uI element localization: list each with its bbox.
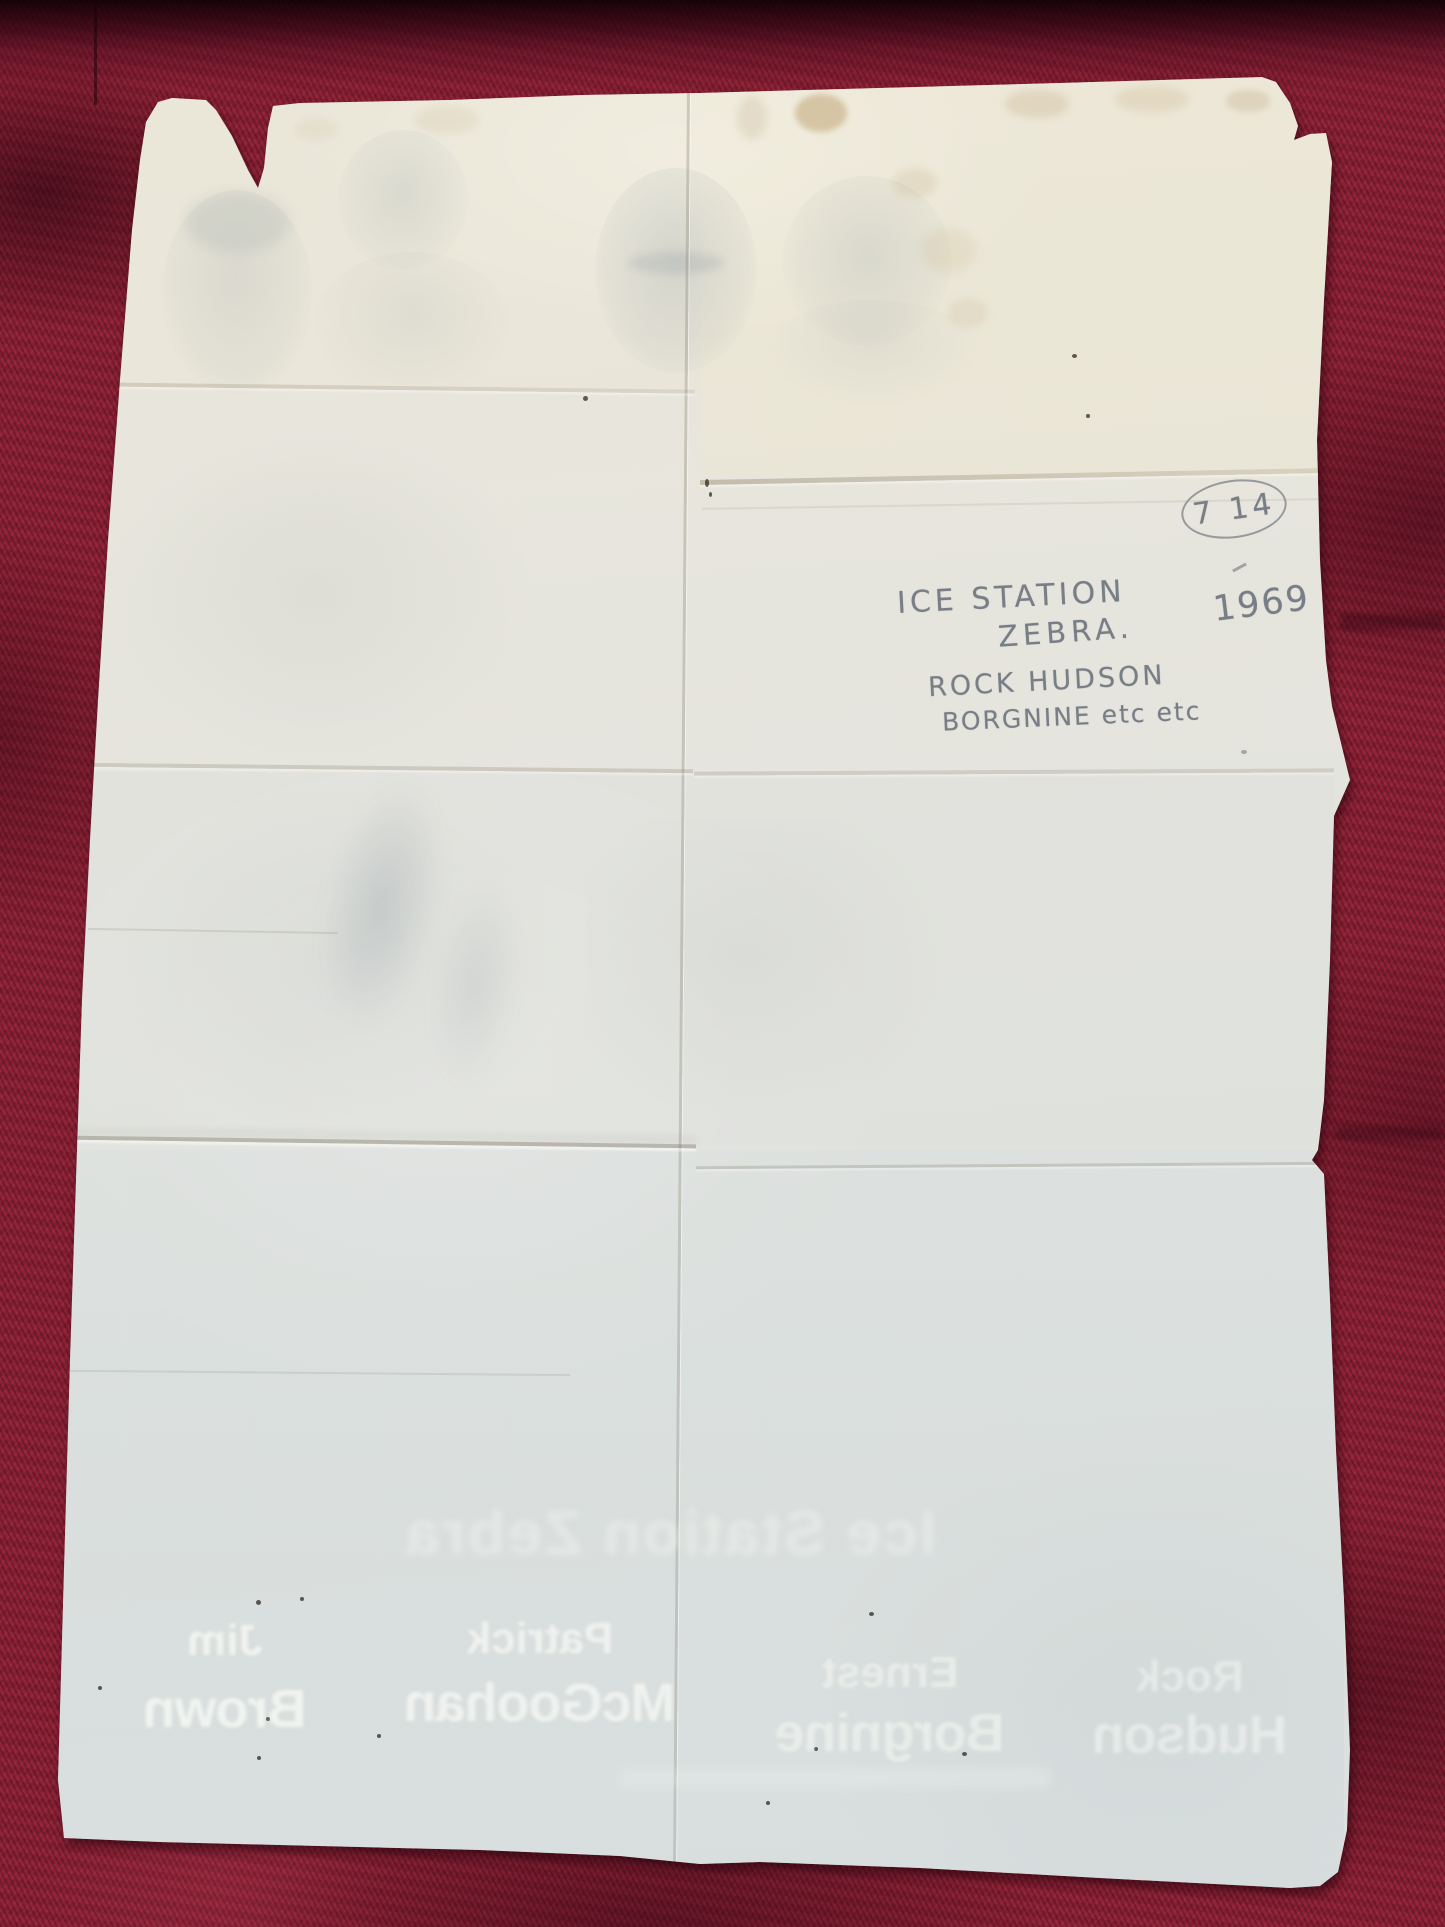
poster-back-sheet: Ice Station Zebra Rock Hudson Ernest Bor…: [0, 0, 1445, 1927]
dirt-speck: [958, 79, 963, 83]
poster-shadow-wrap: Ice Station Zebra Rock Hudson Ernest Bor…: [0, 0, 1445, 1927]
ghost-cast-first-name: Patrick: [375, 1614, 705, 1664]
dirt-speck: [1072, 354, 1077, 358]
ghost-small-print-band: [620, 1768, 1050, 1788]
ghost-mirrored-title: Ice Station Zebra: [140, 1498, 1200, 1569]
ghost-cast-last-name: Borgnine: [725, 1702, 1055, 1764]
pencil-dot-mark: [1241, 750, 1247, 754]
ghost-cast-first-name: Rock: [1025, 1652, 1355, 1702]
ghost-cast-first-name: Jim: [60, 1616, 390, 1666]
ghost-cast-last-name: Brown: [60, 1678, 390, 1740]
dirt-speck: [709, 492, 712, 497]
photo-scene: Ice Station Zebra Rock Hudson Ernest Bor…: [0, 0, 1445, 1927]
dirt-speck: [1086, 414, 1090, 418]
ghost-cast-last-name: McGoohan: [375, 1672, 705, 1734]
dirt-speck: [583, 396, 588, 401]
dirt-speck: [705, 479, 709, 487]
dirt-speck: [941, 75, 950, 81]
ghost-cast-last-name: Hudson: [1025, 1704, 1355, 1766]
ghost-cast-first-name: Ernest: [725, 1648, 1055, 1698]
